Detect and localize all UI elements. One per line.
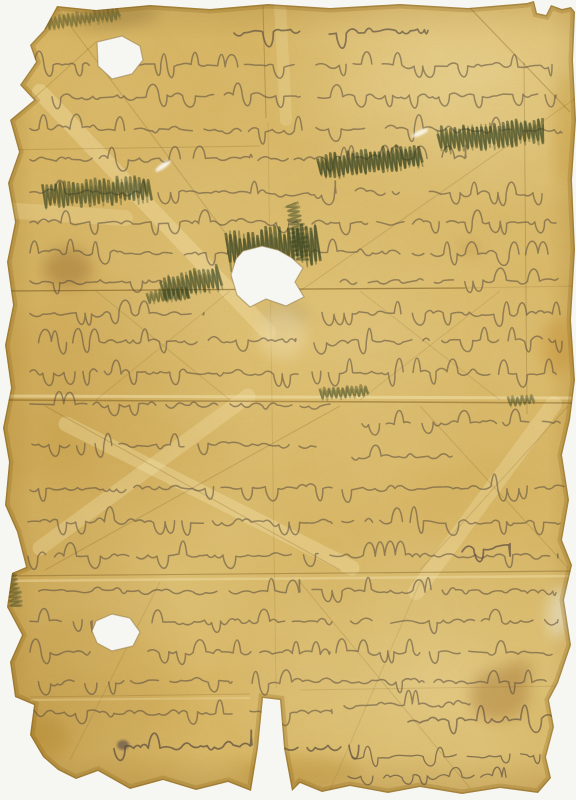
stain xyxy=(258,308,306,360)
scanned-letter-image xyxy=(0,0,576,800)
letter-paper xyxy=(0,0,576,800)
fold-crease xyxy=(0,396,576,398)
letter-artwork xyxy=(0,0,576,800)
